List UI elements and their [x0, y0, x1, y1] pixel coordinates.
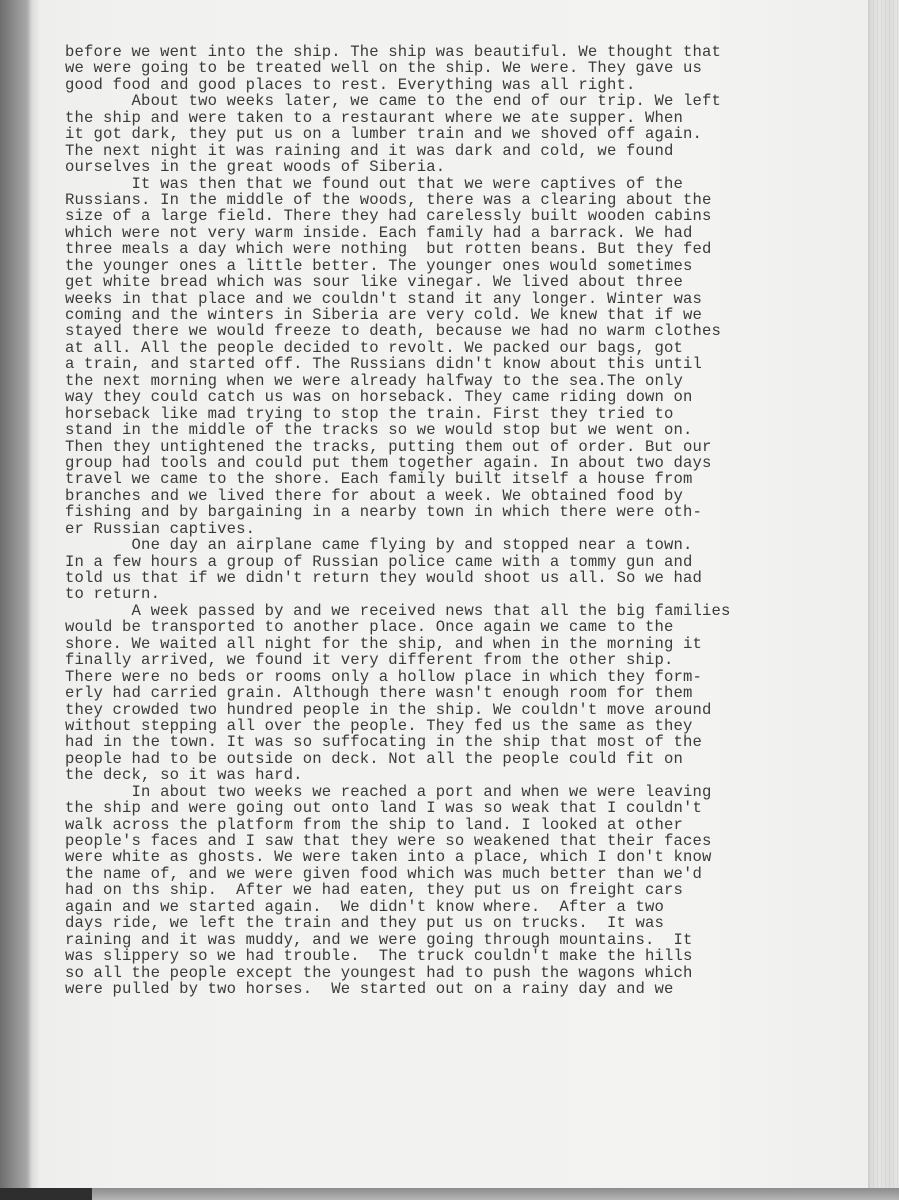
text-line: One day an airplane came flying by and s… — [65, 537, 825, 553]
text-line: ourselves in the great woods of Siberia. — [65, 159, 825, 175]
text-line: which were not very warm inside. Each fa… — [65, 225, 825, 241]
binding-gutter-shadow — [0, 0, 32, 1200]
text-line: A week passed by and we received news th… — [65, 603, 825, 619]
text-line: was slippery so we had trouble. The truc… — [65, 948, 825, 964]
text-line: at all. All the people decided to revolt… — [65, 340, 825, 356]
text-line: raining and it was muddy, and we were go… — [65, 932, 825, 948]
text-line: branches and we lived there for about a … — [65, 488, 825, 504]
text-line: the ship and were going out onto land I … — [65, 800, 825, 816]
text-line: were white as ghosts. We were taken into… — [65, 849, 825, 865]
text-line: the next morning when we were already ha… — [65, 373, 825, 389]
typewritten-body-text: before we went into the ship. The ship w… — [65, 44, 825, 997]
text-line: would be transported to another place. O… — [65, 619, 825, 635]
text-line: erly had carried grain. Although there w… — [65, 685, 825, 701]
text-line: In about two weeks we reached a port and… — [65, 784, 825, 800]
text-line: horseback like mad trying to stop the tr… — [65, 406, 825, 422]
text-line: There were no beds or rooms only a hollo… — [65, 669, 825, 685]
text-line: were pulled by two horses. We started ou… — [65, 981, 825, 997]
text-line: days ride, we left the train and they pu… — [65, 915, 825, 931]
text-line: Russians. In the middle of the woods, th… — [65, 192, 825, 208]
text-line: travel we came to the shore. Each family… — [65, 471, 825, 487]
scanned-page: before we went into the ship. The ship w… — [0, 0, 899, 1200]
text-line: size of a large field. There they had ca… — [65, 208, 825, 224]
text-line: they crowded two hundred people in the s… — [65, 702, 825, 718]
text-line: finally arrived, we found it very differ… — [65, 652, 825, 668]
scan-bottom-edge — [0, 1188, 899, 1200]
text-line: way they could catch us was on horseback… — [65, 389, 825, 405]
text-line: About two weeks later, we came to the en… — [65, 93, 825, 109]
text-line: stayed there we would freeze to death, b… — [65, 323, 825, 339]
text-line: it got dark, they put us on a lumber tra… — [65, 126, 825, 142]
scan-bottom-dark-corner — [0, 1188, 92, 1200]
text-line: we were going to be treated well on the … — [65, 60, 825, 76]
text-line: group had tools and could put them toget… — [65, 455, 825, 471]
text-line: shore. We waited all night for the ship,… — [65, 636, 825, 652]
text-line: to return. — [65, 586, 825, 602]
text-line: er Russian captives. — [65, 521, 825, 537]
text-line: again and we started again. We didn't kn… — [65, 899, 825, 915]
text-line: had in the town. It was so suffocating i… — [65, 734, 825, 750]
text-line: coming and the winters in Siberia are ve… — [65, 307, 825, 323]
text-line: the deck, so it was hard. — [65, 767, 825, 783]
text-line: good food and good places to rest. Every… — [65, 77, 825, 93]
text-line: weeks in that place and we couldn't stan… — [65, 291, 825, 307]
text-line: had on ths ship. After we had eaten, the… — [65, 882, 825, 898]
text-line: so all the people except the youngest ha… — [65, 965, 825, 981]
text-line: The next night it was raining and it was… — [65, 143, 825, 159]
page-stack-edges — [868, 0, 899, 1200]
text-line: get white bread which was sour like vine… — [65, 274, 825, 290]
text-line: before we went into the ship. The ship w… — [65, 44, 825, 60]
text-line: the ship and were taken to a restaurant … — [65, 110, 825, 126]
text-line: fishing and by bargaining in a nearby to… — [65, 504, 825, 520]
text-line: It was then that we found out that we we… — [65, 176, 825, 192]
text-line: told us that if we didn't return they wo… — [65, 570, 825, 586]
text-line: the name of, and we were given food whic… — [65, 866, 825, 882]
text-line: stand in the middle of the tracks so we … — [65, 422, 825, 438]
text-line: three meals a day which were nothing but… — [65, 241, 825, 257]
text-line: people had to be outside on deck. Not al… — [65, 751, 825, 767]
text-line: a train, and started off. The Russians d… — [65, 356, 825, 372]
text-line: without stepping all over the people. Th… — [65, 718, 825, 734]
text-line: the younger ones a little better. The yo… — [65, 258, 825, 274]
text-line: walk across the platform from the ship t… — [65, 817, 825, 833]
text-line: Then they untightened the tracks, puttin… — [65, 439, 825, 455]
text-line: In a few hours a group of Russian police… — [65, 554, 825, 570]
text-line: people's faces and I saw that they were … — [65, 833, 825, 849]
